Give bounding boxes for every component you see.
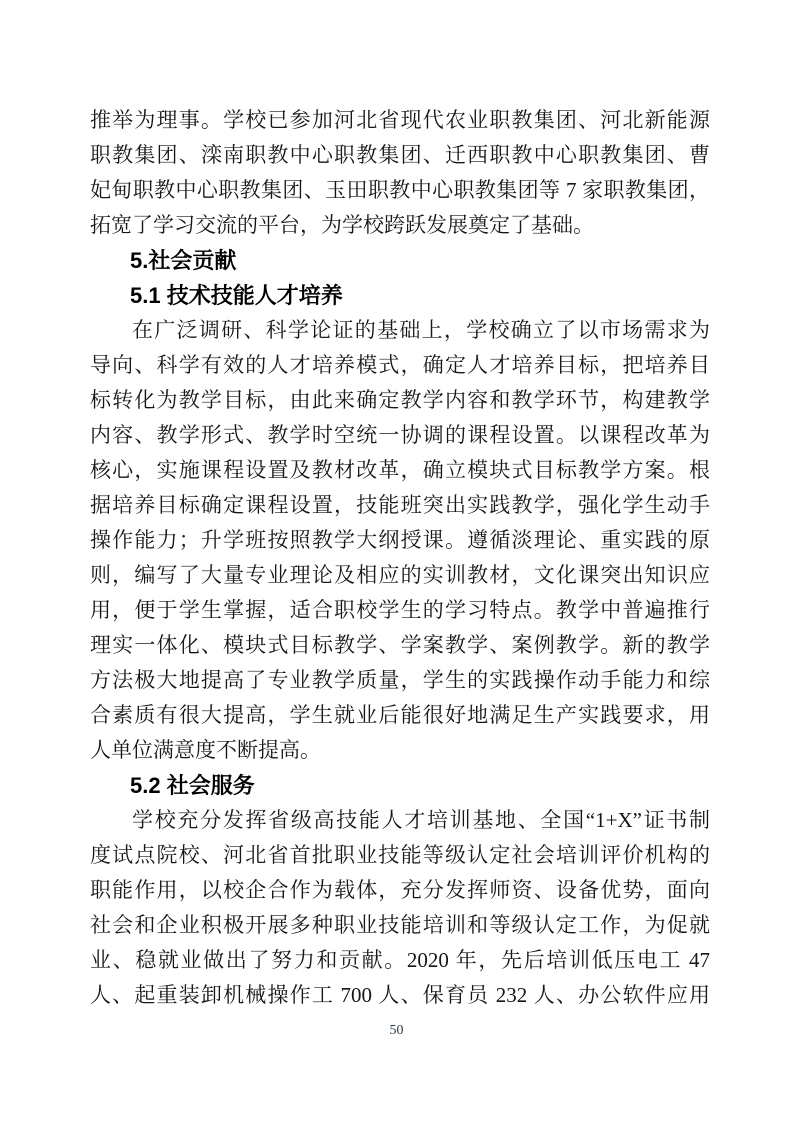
text-line: 理实一体化、模块式目标教学、学案教学、案例教学。新的教学 (90, 628, 710, 663)
text-line: 据培养目标确定课程设置，技能班突出实践教学，强化学生动手 (90, 488, 710, 523)
text-line: 职教集团、滦南职教中心职教集团、迁西职教中心职教集团、曹 (90, 138, 710, 173)
text-line: 妃甸职教中心职教集团、玉田职教中心职教集团等 7 家职教集团， (90, 173, 710, 208)
page-number: 50 (0, 1022, 793, 1040)
text-line: 度试点院校、河北省首批职业技能等级认定社会培训评价机构的 (90, 838, 710, 873)
text-line: 人单位满意度不断提高。 (90, 733, 710, 768)
text-line: 推举为理事。学校已参加河北省现代农业职教集团、河北新能源 (90, 103, 710, 138)
text-line: 导向、科学有效的人才培养模式，确定人才培养目标，把培养目 (90, 348, 710, 383)
text-line: 方法极大地提高了专业教学质量，学生的实践操作动手能力和综 (90, 663, 710, 698)
text-line: 社会和企业积极开展多种职业技能培训和等级认定工作，为促就 (90, 908, 710, 943)
text-line: 内容、教学形式、教学时空统一协调的课程设置。以课程改革为 (90, 418, 710, 453)
text-line: 拓宽了学习交流的平台，为学校跨跃发展奠定了基础。 (90, 208, 710, 243)
text-line: 合素质有很大提高，学生就业后能很好地满足生产实践要求，用 (90, 698, 710, 733)
paragraph: 推举为理事。学校已参加河北省现代农业职教集团、河北新能源职教集团、滦南职教中心职… (90, 103, 710, 243)
text-line: 标转化为教学目标，由此来确定教学内容和教学环节，构建教学 (90, 383, 710, 418)
text-line: 在广泛调研、科学论证的基础上，学校确立了以市场需求为 (90, 313, 710, 348)
document-page: 推举为理事。学校已参加河北省现代农业职教集团、河北新能源职教集团、滦南职教中心职… (0, 0, 793, 1122)
text-line: 操作能力；升学班按照教学大纲授课。遵循淡理论、重实践的原 (90, 523, 710, 558)
text-line: 人、起重装卸机械操作工 700 人、保育员 232 人、办公软件应用 (90, 978, 710, 1013)
text-line: 职能作用，以校企合作为载体，充分发挥师资、设备优势，面向 (90, 873, 710, 908)
section-heading: 5.社会贡献 (90, 243, 710, 278)
text-line: 则，编写了大量专业理论及相应的实训教材，文化课突出知识应 (90, 558, 710, 593)
paragraph: 在广泛调研、科学论证的基础上，学校确立了以市场需求为导向、科学有效的人才培养模式… (90, 313, 710, 768)
section-heading: 5.2 社会服务 (90, 768, 710, 803)
text-line: 业、稳就业做出了努力和贡献。2020 年，先后培训低压电工 47 (90, 943, 710, 978)
paragraph: 学校充分发挥省级高技能人才培训基地、全国“1+X”证书制度试点院校、河北省首批职… (90, 803, 710, 1013)
text-line: 核心，实施课程设置及教材改革，确立模块式目标教学方案。根 (90, 453, 710, 488)
text-line: 学校充分发挥省级高技能人才培训基地、全国“1+X”证书制 (90, 803, 710, 838)
text-line: 用，便于学生掌握，适合职校学生的学习特点。教学中普遍推行 (90, 593, 710, 628)
section-heading: 5.1 技术技能人才培养 (90, 278, 710, 313)
document-content: 推举为理事。学校已参加河北省现代农业职教集团、河北新能源职教集团、滦南职教中心职… (90, 103, 710, 1013)
